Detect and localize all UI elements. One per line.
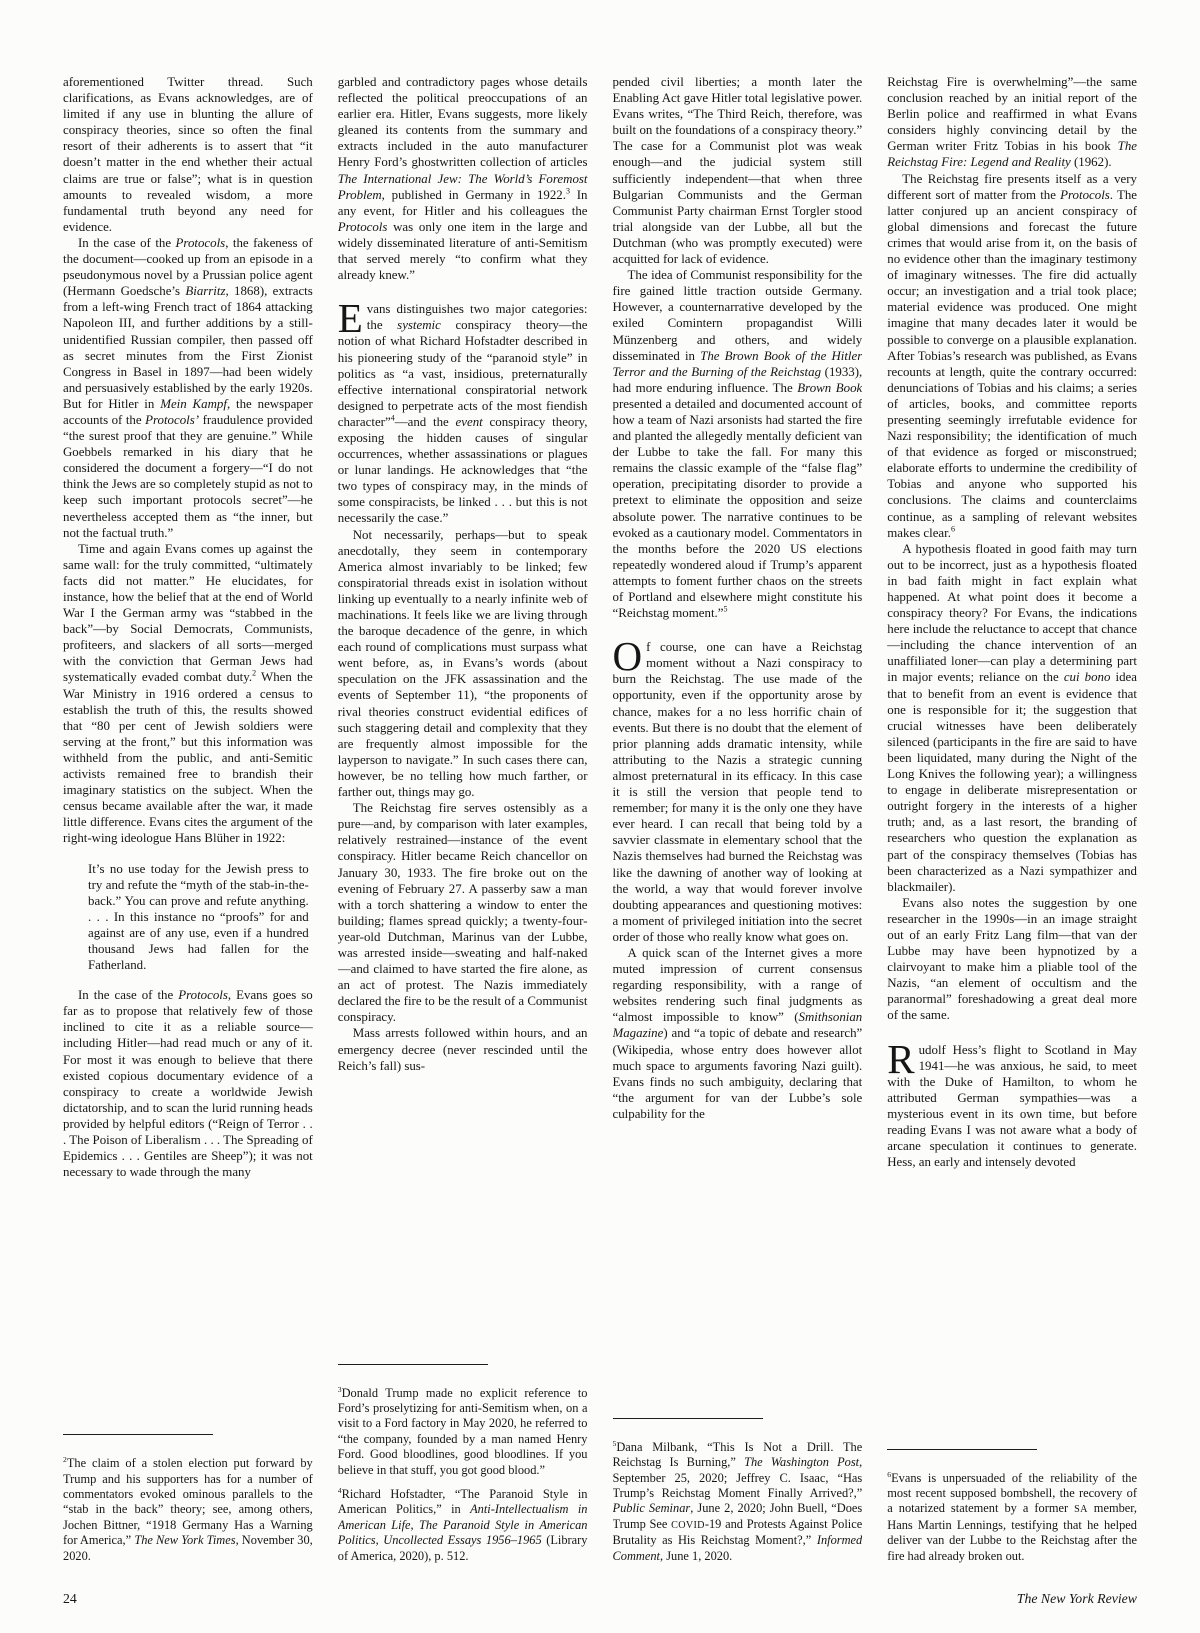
columns-container: aforementioned Twitter thread. Such clar… — [63, 74, 1137, 1573]
footnote-rule — [338, 1364, 488, 1375]
journal-name: The New York Review — [1017, 1591, 1137, 1607]
paragraph: The idea of Communist responsibility for… — [613, 267, 863, 621]
drop-cap: R — [887, 1042, 918, 1074]
column-4: Reichstag Fire is overwhelming”—the same… — [887, 74, 1137, 1573]
page-footer: 24 The New York Review — [63, 1591, 1137, 1607]
block-quote: It’s no use today for the Jewish press t… — [63, 861, 313, 974]
paragraph: Reichstag Fire is overwhelming”—the same… — [887, 74, 1137, 171]
section-paragraph: Evans distinguishes two major categories… — [338, 301, 588, 526]
paragraph: pended civil liberties; a month later th… — [613, 74, 863, 267]
footnote-rule — [613, 1418, 763, 1429]
footnote: 4Richard Hofstadter, “The Paranoid Style… — [338, 1487, 588, 1564]
footnote: 6Evans is unpersuaded of the reliability… — [887, 1471, 1137, 1564]
paragraph: In the case of the Protocols, Evans goes… — [63, 987, 313, 1180]
paragraph: A quick scan of the Internet gives a mor… — [613, 945, 863, 1122]
drop-cap: E — [338, 301, 367, 333]
footnote: 2The claim of a stolen election put forw… — [63, 1456, 313, 1564]
paragraph: A hypothesis floated in good faith may t… — [887, 541, 1137, 895]
paragraph: Time and again Evans comes up against th… — [63, 541, 313, 847]
magazine-page: aforementioned Twitter thread. Such clar… — [0, 0, 1200, 1633]
paragraph: Evans also notes the suggestion by one r… — [887, 895, 1137, 1024]
column-3: pended civil liberties; a month later th… — [613, 74, 863, 1573]
paragraph: garbled and contradictory pages whose de… — [338, 74, 588, 283]
column-2: garbled and contradictory pages whose de… — [338, 74, 588, 1573]
drop-cap: O — [613, 639, 647, 671]
footnote-rule — [63, 1434, 213, 1445]
paragraph: Mass arrests followed within hours, and … — [338, 1025, 588, 1073]
paragraph: Not necessarily, perhaps—but to speak an… — [338, 527, 588, 801]
paragraph: In the case of the Protocols, the fakene… — [63, 235, 313, 541]
section-paragraph: Rudolf Hess’s flight to Scotland in May … — [887, 1042, 1137, 1171]
paragraph: aforementioned Twitter thread. Such clar… — [63, 74, 313, 235]
section-paragraph: Of course, one can have a Reichstag mome… — [613, 639, 863, 945]
column-1: aforementioned Twitter thread. Such clar… — [63, 74, 313, 1573]
page-number: 24 — [63, 1591, 77, 1607]
paragraph: The Reichstag fire presents itself as a … — [887, 171, 1137, 541]
paragraph: The Reichstag fire serves ostensibly as … — [338, 800, 588, 1025]
footnote: 3Donald Trump made no explicit reference… — [338, 1386, 588, 1478]
footnote-rule — [887, 1449, 1037, 1460]
footnote: 5Dana Milbank, “This Is Not a Drill. The… — [613, 1440, 863, 1564]
